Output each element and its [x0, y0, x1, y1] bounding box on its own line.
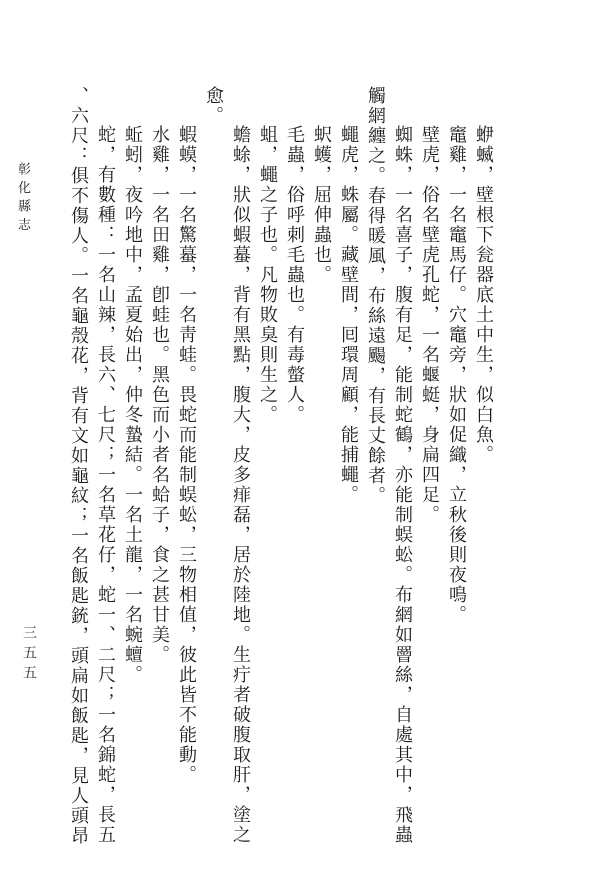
entry-column-continuation: 愈。 [200, 86, 227, 861]
page-number: 三五五 [18, 625, 38, 685]
entry-column-continuation: 觸網纏之。春得暖風，布絲遠颺，有長丈餘者。 [362, 86, 389, 861]
entry-bi-hu: 壁虎，俗名壁虎孔蛇，一名蝘蜓，身扁四足。 [416, 86, 443, 861]
entry-she: 蛇，有數種：一名山辣，長六、七尺；一名草花仔，蛇一、二尺；一名錦蛇，長五 、六尺… [65, 86, 119, 861]
entry-ying-hu: 蠅虎，蛛屬。藏壁間，囘環周顧，能捕蠅。 [335, 86, 362, 861]
entry-column: 蛜蝛，壁根下瓮器底土中生，似白魚。 [470, 86, 497, 861]
book-scan-page: 彰化縣志 蛜蝛，壁根下瓮器底土中生，似白魚。 竈雞，一名竈馬仔。穴竈旁，狀如促織… [0, 0, 600, 881]
entry-qiu-yin: 蚯蚓，夜吟地中，孟夏始出，仲冬蟄結。一名土龍，一名蜿蟺。 [119, 86, 146, 861]
entry-column: 蛆，蠅之子也。凡物敗臭則生之。 [254, 86, 281, 861]
entry-column-continuation: 、六尺：俱不傷人。一名龜殼花，背有文如龜紋；一名飯匙銃，頭扁如飯匙，見人頭昂 [65, 86, 92, 861]
entry-column: 蠅虎，蛛屬。藏壁間，囘環周顧，能捕蠅。 [335, 86, 362, 861]
entry-xia-ma: 蝦蟆，一名驚蟇，一名靑蛙。畏蛇而能制蜈蚣，三物相值，彼此皆不能動。 [173, 86, 200, 861]
entry-column: 蟾蜍，狀似蝦蟇，背有黑點，腹大，皮多痱磊，居於陸地。生疔者破腹取肝，塗之 [227, 86, 254, 861]
entry-column: 竈雞，一名竈馬仔。穴竈旁，狀如促織，立秋後則夜鳴。 [443, 86, 470, 861]
entry-column: 蛇，有數種：一名山辣，長六、七尺；一名草花仔，蛇一、二尺；一名錦蛇，長五 [92, 86, 119, 861]
entry-mao-chong: 毛蟲，俗呼刺毛蟲也。有毒螫人。 [281, 86, 308, 861]
entry-column: 毛蟲，俗呼刺毛蟲也。有毒螫人。 [281, 86, 308, 861]
book-title: 彰化縣志 [14, 162, 33, 236]
entry-yiwei: 蛜蝛，壁根下瓮器底土中生，似白魚。 [470, 86, 497, 861]
main-text-block: 蛜蝛，壁根下瓮器底土中生，似白魚。 竈雞，一名竈馬仔。穴竈旁，狀如促織，立秋後則… [65, 86, 497, 861]
entry-column: 蝦蟆，一名驚蟇，一名靑蛙。畏蛇而能制蜈蚣，三物相值，彼此皆不能動。 [173, 86, 200, 861]
entry-column: 壁虎，俗名壁虎孔蛇，一名蝘蜓，身扁四足。 [416, 86, 443, 861]
entry-column: 蚇蠖，屈伸蟲也。 [308, 86, 335, 861]
entry-chi-huo: 蚇蠖，屈伸蟲也。 [308, 86, 335, 861]
entry-chan-chu: 蟾蜍，狀似蝦蟇，背有黑點，腹大，皮多痱磊，居於陸地。生疔者破腹取肝，塗之 愈。 [200, 86, 254, 861]
entry-column: 蜘蛛，一名喜子，腹有足，能制蛇鶴，亦能制蜈蚣。布網如罾絲，自處其中，飛蟲 [389, 86, 416, 861]
entry-column: 蚯蚓，夜吟地中，孟夏始出，仲冬蟄結。一名土龍，一名蜿蟺。 [119, 86, 146, 861]
entry-column: 水雞，一名田雞，卽蛙也。黑色而小者名蛤子，食之甚甘美。 [146, 86, 173, 861]
entry-zao-ji: 竈雞，一名竈馬仔。穴竈旁，狀如促織，立秋後則夜鳴。 [443, 86, 470, 861]
entry-shui-ji: 水雞，一名田雞，卽蛙也。黑色而小者名蛤子，食之甚甘美。 [146, 86, 173, 861]
entry-qu: 蛆，蠅之子也。凡物敗臭則生之。 [254, 86, 281, 861]
entry-zhi-zhu: 蜘蛛，一名喜子，腹有足，能制蛇鶴，亦能制蜈蚣。布網如罾絲，自處其中，飛蟲 觸網纏… [362, 86, 416, 861]
